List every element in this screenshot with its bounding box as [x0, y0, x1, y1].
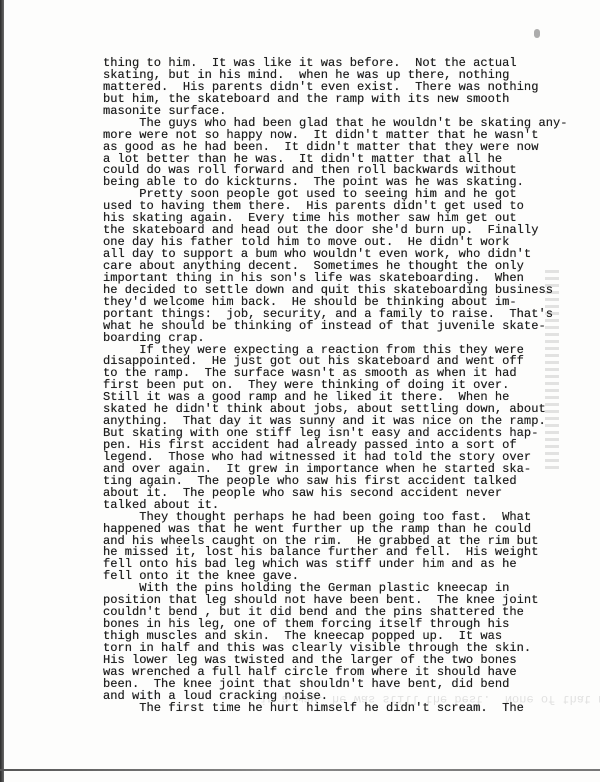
typescript-body: thing to him. It was like it was before.… — [103, 58, 567, 715]
paragraph-start-line: The first time he hurt himself he didn't… — [103, 703, 567, 715]
page-bottom-edge — [0, 769, 600, 771]
page-left-edge-shadow — [0, 0, 4, 782]
typed-page: in a way, he was still the best. None of… — [0, 0, 600, 782]
ink-smudge — [534, 29, 540, 38]
